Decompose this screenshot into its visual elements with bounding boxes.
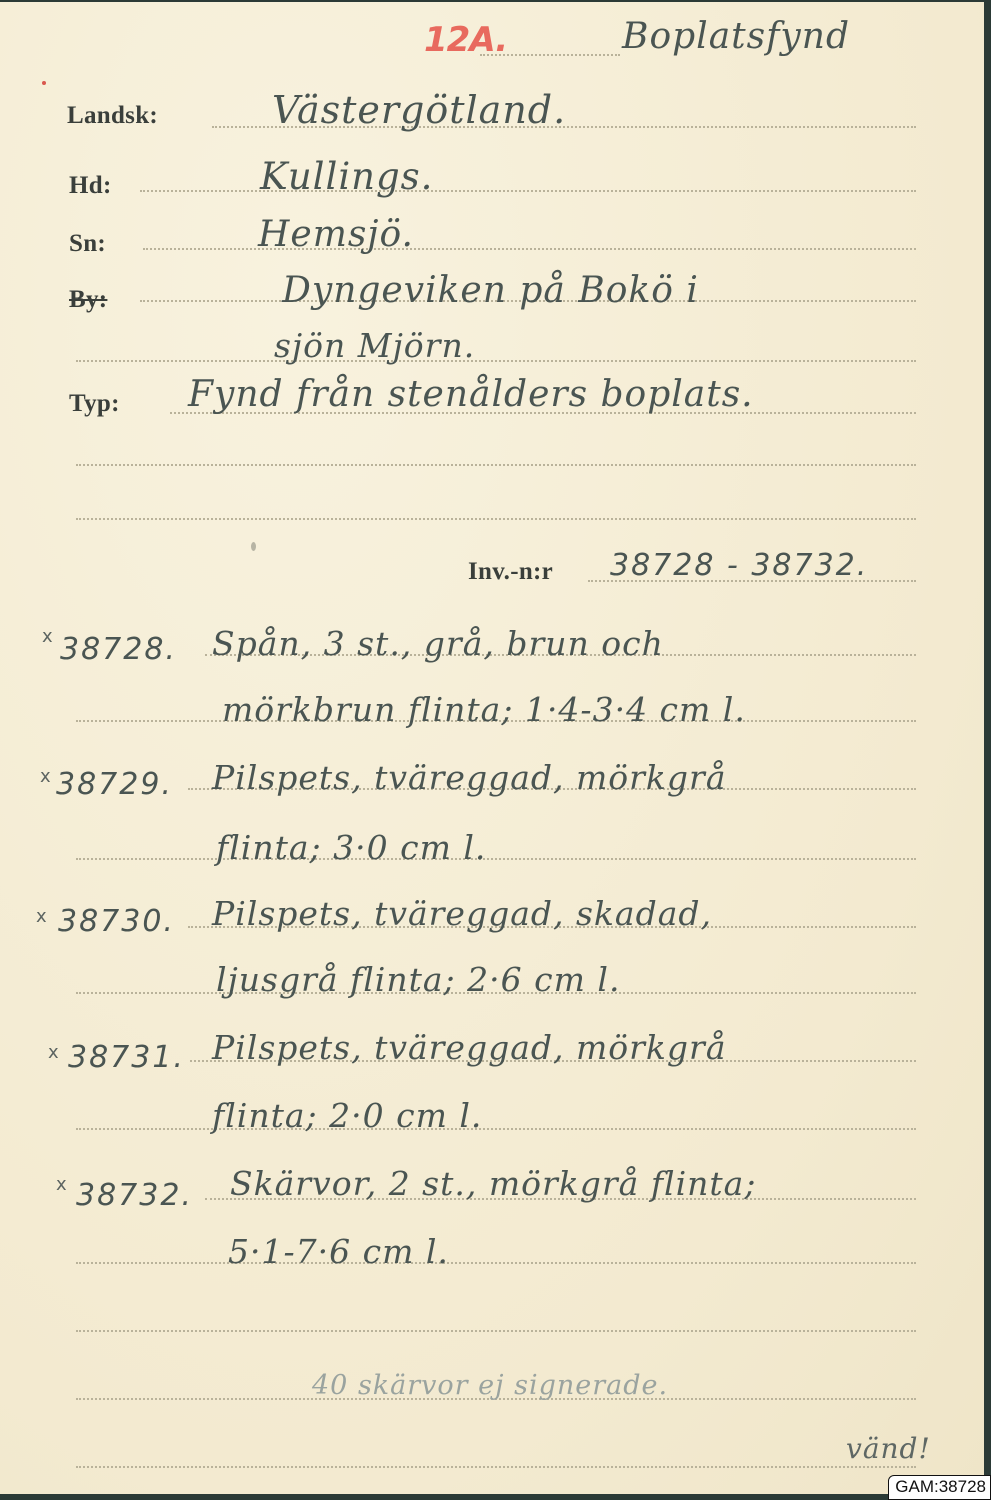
inventory-label: Inv.-n:r — [468, 558, 553, 586]
field-label-socken: Sn: — [69, 230, 106, 258]
entry-description: Pilspets, tväreggad, skadad, — [212, 894, 712, 933]
dotted-line — [480, 54, 620, 56]
entry-description-cont: mörkbrun flinta; 1·4-3·4 cm l. — [222, 690, 746, 729]
entry-description-cont: flinta; 3·0 cm l. — [216, 828, 486, 867]
field-label-typ: Typ: — [69, 390, 120, 418]
dotted-line — [76, 464, 916, 466]
field-label-harad: Hd: — [69, 172, 112, 200]
dotted-line — [76, 858, 916, 860]
field-value-socken: Hemsjö. — [258, 214, 414, 255]
paper-speck — [251, 542, 256, 551]
checked-x-mark: x — [40, 766, 51, 787]
field-value-typ: Fynd från stenålders boplats. — [188, 374, 754, 415]
scan-border-bottom — [0, 1494, 991, 1500]
field-value-by-continued: sjön Mjörn. — [274, 326, 475, 365]
entry-description-cont: ljusgrå flinta; 2·6 cm l. — [216, 960, 620, 999]
dotted-line — [76, 518, 916, 520]
dotted-line — [76, 1128, 916, 1130]
field-value-landskap: Västergötland. — [272, 88, 566, 132]
dotted-line — [76, 1330, 916, 1332]
dotted-line — [76, 1262, 916, 1264]
red-speck — [42, 81, 46, 85]
category-heading: Boplatsfynd — [622, 16, 850, 57]
checked-x-mark: x — [48, 1042, 59, 1063]
dotted-line — [76, 1466, 916, 1468]
checked-x-mark: x — [56, 1174, 67, 1195]
checked-x-mark: x — [42, 626, 53, 647]
scan-border-right — [984, 0, 991, 1500]
field-value-harad: Kullings. — [260, 155, 433, 198]
entry-number: 38728. — [60, 632, 177, 667]
catalog-card: 12A. Boplatsfynd Landsk: Västergötland. … — [0, 2, 984, 1494]
field-label-by: By: — [69, 286, 107, 314]
entry-number: 38731. — [68, 1040, 185, 1075]
catalog-id-label: GAM:38728 — [888, 1475, 991, 1500]
field-value-by: Dyngeviken på Bokö i — [282, 270, 699, 311]
entry-description: Skärvor, 2 st., mörkgrå flinta; — [230, 1164, 756, 1203]
entry-description-cont: flinta; 2·0 cm l. — [212, 1096, 482, 1135]
entry-description-cont: 5·1-7·6 cm l. — [228, 1232, 449, 1271]
entry-number: 38730. — [58, 904, 175, 939]
entry-description: Spån, 3 st., grå, brun och — [212, 624, 664, 663]
entry-description: Pilspets, tväreggad, mörkgrå — [212, 758, 727, 797]
dotted-line — [140, 190, 916, 192]
entry-number: 38729. — [56, 767, 173, 802]
turn-over-note: vänd! — [846, 1432, 931, 1465]
field-label-landskap: Landsk: — [67, 102, 158, 130]
inventory-range: 38728 - 38732. — [610, 548, 868, 583]
dotted-line — [76, 360, 916, 362]
pencil-note: 40 skärvor ej signerade. — [312, 1370, 668, 1401]
entry-number: 38732. — [76, 1178, 193, 1213]
entry-description: Pilspets, tväreggad, mörkgrå — [212, 1028, 727, 1067]
checked-x-mark: x — [36, 906, 47, 927]
